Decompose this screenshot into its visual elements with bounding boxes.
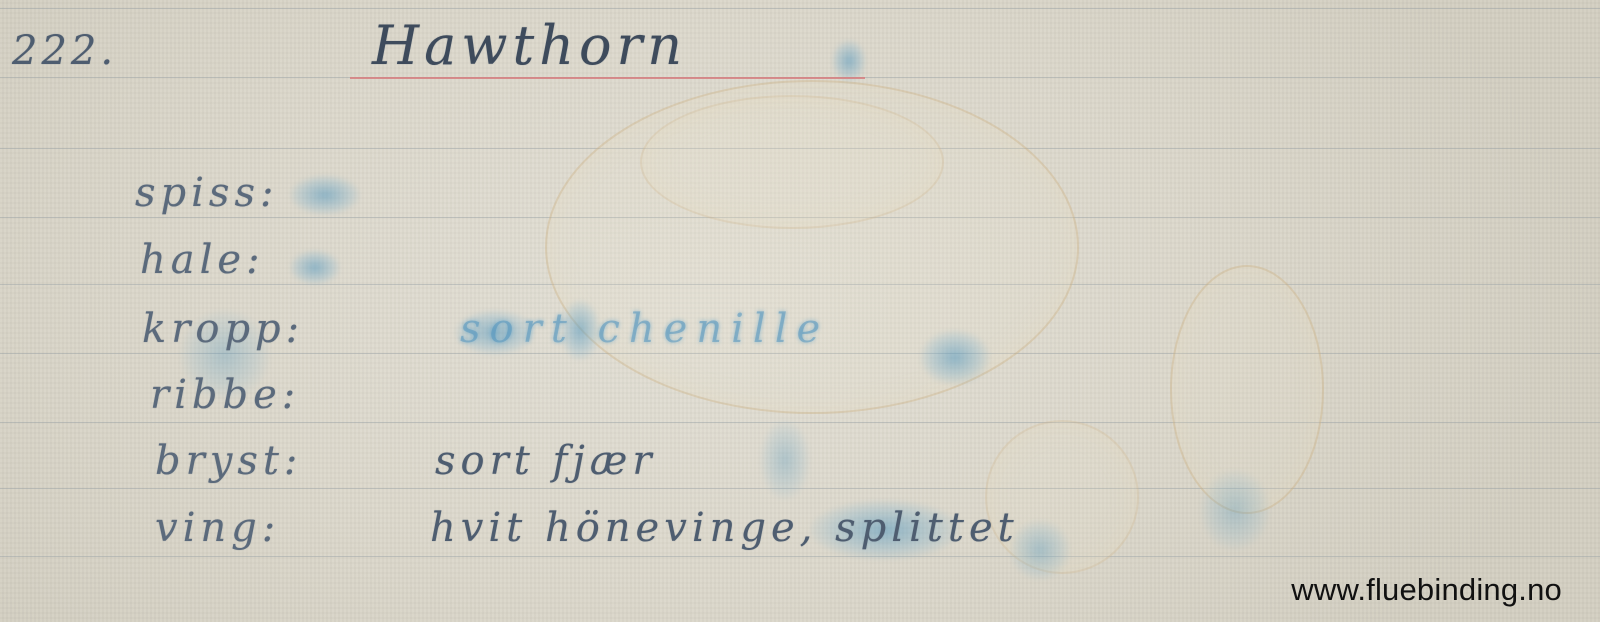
entry-number: 222. — [12, 28, 117, 74]
field-value-ving: hvit hönevinge, splittet — [430, 505, 1019, 551]
field-value-bryst: sort fjær — [435, 438, 656, 484]
field-label-kropp: kropp: — [142, 306, 304, 352]
field-label-hale: hale: — [140, 237, 265, 283]
ruled-line — [0, 556, 1600, 557]
field-label-spiss: spiss: — [135, 170, 278, 216]
ink-blot — [290, 250, 340, 285]
field-label-ving: ving: — [155, 505, 280, 551]
ink-blot — [1200, 470, 1270, 550]
field-label-bryst: bryst: — [155, 438, 302, 484]
water-stain — [640, 95, 944, 229]
ruled-line — [0, 422, 1600, 423]
field-label-ribbe: ribbe: — [150, 372, 300, 418]
ink-blot — [1010, 520, 1070, 580]
ink-blot — [920, 330, 990, 385]
title-underline — [350, 77, 865, 79]
ink-blot — [832, 40, 866, 82]
ink-blot — [290, 175, 360, 215]
page-title: Hawthorn — [372, 14, 687, 77]
ink-blot — [760, 420, 810, 500]
ruled-line — [0, 8, 1600, 9]
field-value-kropp: sort chenille — [460, 306, 829, 352]
watermark-link[interactable]: www.fluebinding.no — [1291, 572, 1562, 608]
notebook-page: 222. Hawthorn spiss: hale: kropp: sort c… — [0, 0, 1600, 622]
